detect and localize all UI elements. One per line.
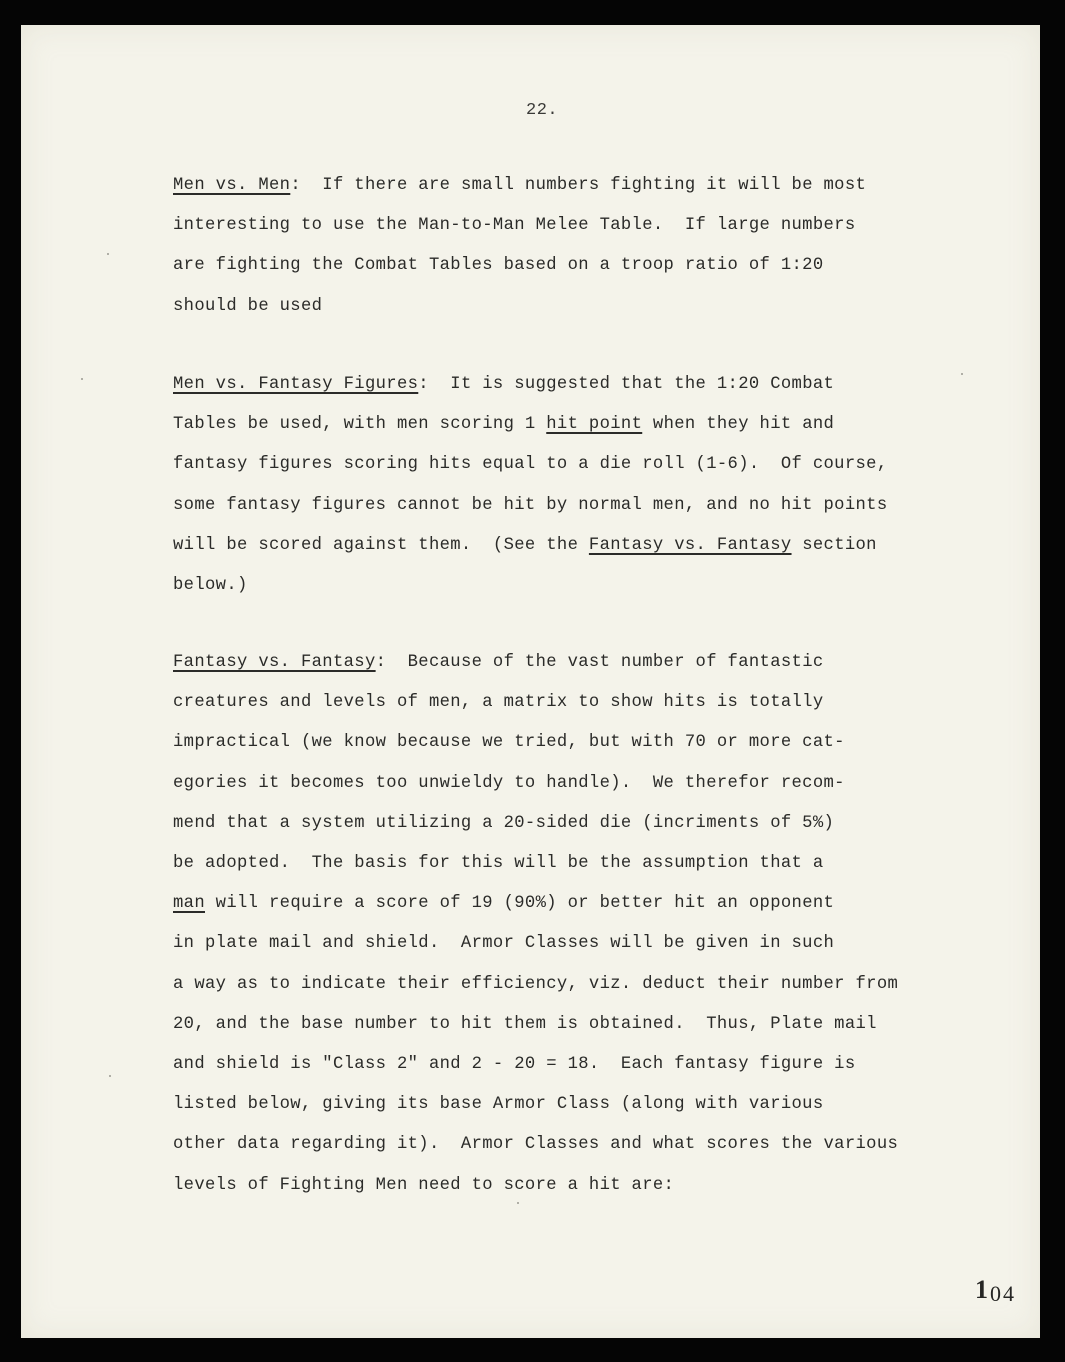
- text-line: be adopted. The basis for this will be t…: [173, 844, 1003, 884]
- text-line: below.): [173, 566, 1003, 606]
- text-line: Men vs. Fantasy Figures: It is suggested…: [173, 365, 1003, 405]
- text-line: a way as to indicate their efficiency, v…: [173, 965, 1003, 1005]
- text-line: Men vs. Men: If there are small numbers …: [173, 166, 1003, 206]
- text-line: impractical (we know because we tried, b…: [173, 723, 1003, 763]
- text-line: are fighting the Combat Tables based on …: [173, 246, 1003, 286]
- text-line: and shield is "Class 2" and 2 - 20 = 18.…: [173, 1045, 1003, 1085]
- text-line: fantasy figures scoring hits equal to a …: [173, 445, 1003, 485]
- text-line: levels of Fighting Men need to score a h…: [173, 1166, 1003, 1206]
- text-line: in plate mail and shield. Armor Classes …: [173, 924, 1003, 964]
- text-line: will be scored against them. (See the Fa…: [173, 526, 1003, 566]
- text-line: man will require a score of 19 (90%) or …: [173, 884, 1003, 924]
- section-reference: Fantasy vs. Fantasy: [589, 536, 792, 555]
- section-men-vs-fantasy-figures: Men vs. Fantasy Figures: It is suggested…: [173, 365, 1003, 606]
- text-line: 20, and the base number to hit them is o…: [173, 1005, 1003, 1045]
- paper-speck: [961, 373, 963, 375]
- folio-number: 104: [975, 1275, 1016, 1305]
- section-heading: Men vs. Fantasy Figures: [173, 375, 418, 394]
- paper-speck: [81, 378, 83, 380]
- paper-speck: [107, 253, 109, 255]
- document-page: 22. Men vs. Men: If there are small numb…: [21, 25, 1040, 1338]
- text-line: should be used: [173, 287, 1003, 327]
- text-line: interesting to use the Man-to-Man Melee …: [173, 206, 1003, 246]
- underlined-term: hit point: [546, 415, 642, 434]
- page-number: 22.: [526, 101, 558, 120]
- text-line: listed below, giving its base Armor Clas…: [173, 1085, 1003, 1125]
- text-line: other data regarding it). Armor Classes …: [173, 1125, 1003, 1165]
- text-line: Fantasy vs. Fantasy: Because of the vast…: [173, 643, 1003, 683]
- text-line: mend that a system utilizing a 20-sided …: [173, 804, 1003, 844]
- section-fantasy-vs-fantasy: Fantasy vs. Fantasy: Because of the vast…: [173, 643, 1003, 1206]
- paper-speck: [109, 1075, 111, 1077]
- underlined-term: man: [173, 894, 205, 913]
- section-heading: Men vs. Men: [173, 176, 290, 195]
- text-line: creatures and levels of men, a matrix to…: [173, 683, 1003, 723]
- paper-speck: [517, 1202, 519, 1204]
- text-line: some fantasy figures cannot be hit by no…: [173, 486, 1003, 526]
- text-line: Tables be used, with men scoring 1 hit p…: [173, 405, 1003, 445]
- section-heading: Fantasy vs. Fantasy: [173, 653, 376, 672]
- text-line: egories it becomes too unwieldy to handl…: [173, 764, 1003, 804]
- section-men-vs-men: Men vs. Men: If there are small numbers …: [173, 166, 1003, 327]
